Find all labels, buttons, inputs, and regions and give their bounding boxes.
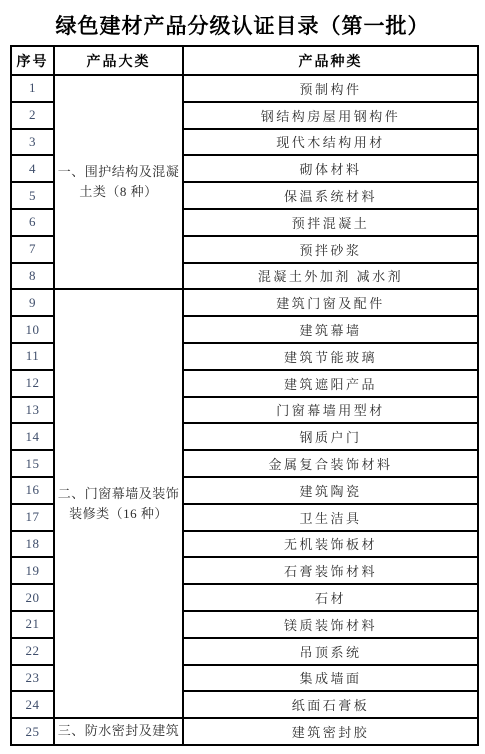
- category-cell: 一、围护结构及混凝土类（8 种）: [54, 75, 183, 289]
- row-number-cell: 10: [11, 316, 54, 343]
- product-type-cell: 卫生洁具: [183, 504, 478, 531]
- product-type-cell: 镁质装饰材料: [183, 611, 478, 638]
- product-type-cell: 门窗幕墙用型材: [183, 397, 478, 424]
- table-row: 9二、门窗幕墙及装饰装修类（16 种）建筑门窗及配件: [11, 289, 478, 316]
- row-number-cell: 21: [11, 611, 54, 638]
- row-number-cell: 3: [11, 129, 54, 156]
- row-number-cell: 8: [11, 263, 54, 290]
- row-number-cell: 11: [11, 343, 54, 370]
- product-type-cell: 预拌混凝土: [183, 209, 478, 236]
- row-number-cell: 19: [11, 557, 54, 584]
- row-number-cell: 23: [11, 665, 54, 692]
- category-cell: 三、防水密封及建筑: [54, 718, 183, 745]
- row-number-cell: 9: [11, 289, 54, 316]
- product-type-cell: 保温系统材料: [183, 182, 478, 209]
- row-number-cell: 7: [11, 236, 54, 263]
- product-type-cell: 建筑陶瓷: [183, 477, 478, 504]
- catalog-table: 序号 产品大类 产品种类 1一、围护结构及混凝土类（8 种）预制构件2钢结构房屋…: [10, 45, 479, 746]
- header-row: 序号 产品大类 产品种类: [11, 46, 478, 75]
- catalog-table-header: 序号 产品大类 产品种类: [11, 46, 478, 75]
- document-page: 绿色建材产品分级认证目录（第一批） 序号 产品大类 产品种类 1一、围护结构及混…: [0, 0, 485, 754]
- table-row: 1一、围护结构及混凝土类（8 种）预制构件: [11, 75, 478, 102]
- catalog-table-body: 1一、围护结构及混凝土类（8 种）预制构件2钢结构房屋用钢构件3现代木结构用材4…: [11, 75, 478, 745]
- row-number-cell: 13: [11, 397, 54, 424]
- column-header-type: 产品种类: [183, 46, 478, 75]
- product-type-cell: 吊顶系统: [183, 638, 478, 665]
- table-row: 25三、防水密封及建筑建筑密封胶: [11, 718, 478, 745]
- row-number-cell: 1: [11, 75, 54, 102]
- product-type-cell: 纸面石膏板: [183, 691, 478, 718]
- product-type-cell: 钢结构房屋用钢构件: [183, 102, 478, 129]
- product-type-cell: 无机装饰板材: [183, 531, 478, 558]
- product-type-cell: 建筑密封胶: [183, 718, 478, 745]
- product-type-cell: 预制构件: [183, 75, 478, 102]
- product-type-cell: 石膏装饰材料: [183, 557, 478, 584]
- product-type-cell: 金属复合装饰材料: [183, 450, 478, 477]
- product-type-cell: 混凝土外加剂 减水剂: [183, 263, 478, 290]
- row-number-cell: 5: [11, 182, 54, 209]
- product-type-cell: 砌体材料: [183, 155, 478, 182]
- product-type-cell: 现代木结构用材: [183, 129, 478, 156]
- category-cell: 二、门窗幕墙及装饰装修类（16 种）: [54, 289, 183, 718]
- row-number-cell: 2: [11, 102, 54, 129]
- product-type-cell: 建筑节能玻璃: [183, 343, 478, 370]
- product-type-cell: 建筑幕墙: [183, 316, 478, 343]
- row-number-cell: 4: [11, 155, 54, 182]
- row-number-cell: 20: [11, 584, 54, 611]
- row-number-cell: 24: [11, 691, 54, 718]
- product-type-cell: 集成墙面: [183, 665, 478, 692]
- column-header-category: 产品大类: [54, 46, 183, 75]
- column-header-no: 序号: [11, 46, 54, 75]
- page-title: 绿色建材产品分级认证目录（第一批）: [0, 0, 485, 45]
- row-number-cell: 18: [11, 531, 54, 558]
- row-number-cell: 17: [11, 504, 54, 531]
- product-type-cell: 石材: [183, 584, 478, 611]
- product-type-cell: 预拌砂浆: [183, 236, 478, 263]
- row-number-cell: 16: [11, 477, 54, 504]
- row-number-cell: 22: [11, 638, 54, 665]
- product-type-cell: 建筑门窗及配件: [183, 289, 478, 316]
- product-type-cell: 建筑遮阳产品: [183, 370, 478, 397]
- row-number-cell: 15: [11, 450, 54, 477]
- row-number-cell: 25: [11, 718, 54, 745]
- product-type-cell: 钢质户门: [183, 423, 478, 450]
- row-number-cell: 14: [11, 423, 54, 450]
- row-number-cell: 12: [11, 370, 54, 397]
- row-number-cell: 6: [11, 209, 54, 236]
